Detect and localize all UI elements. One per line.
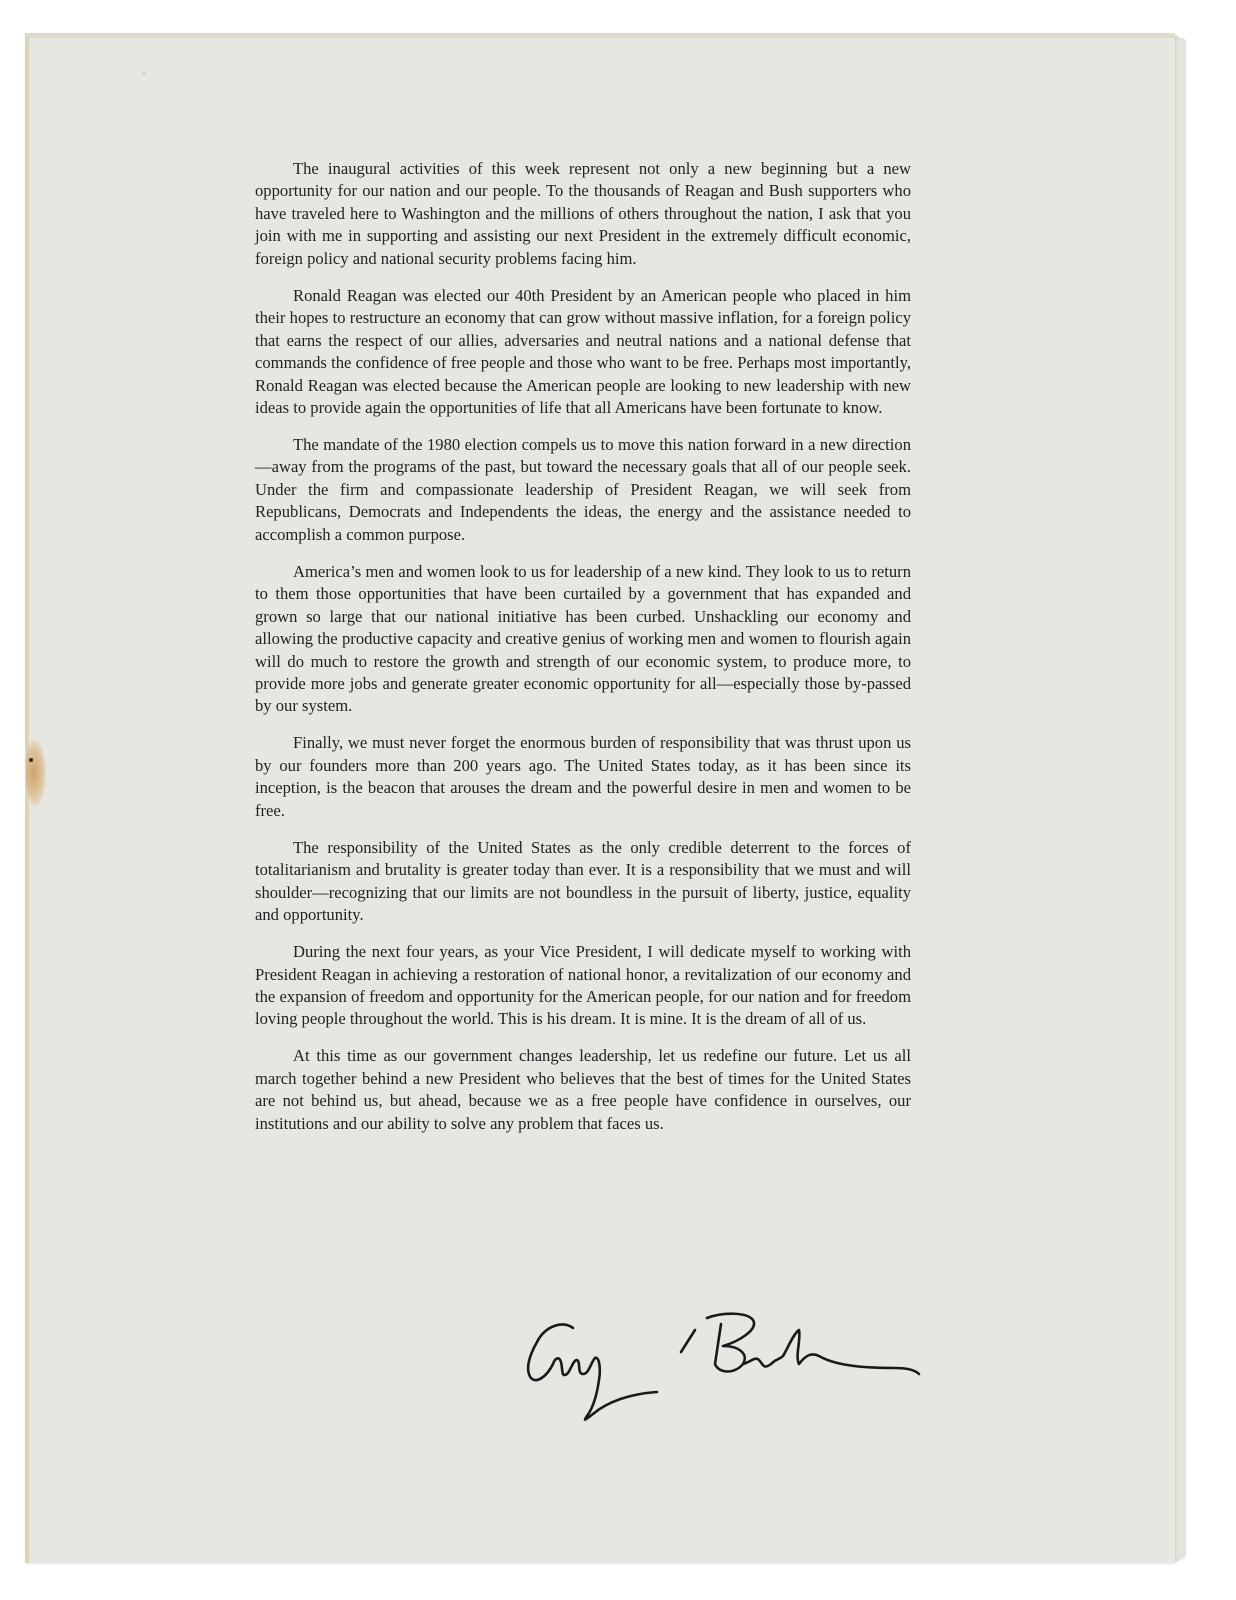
paragraph-4: America’s men and women look to us for l…	[255, 561, 911, 718]
paragraph-3: The mandate of the 1980 election compels…	[255, 434, 911, 546]
paragraph-5: Finally, we must never forget the enormo…	[255, 732, 911, 822]
paper-speck	[143, 73, 145, 74]
paragraph-8: At this time as our government changes l…	[255, 1045, 911, 1135]
paragraph-7: During the next four years, as your Vice…	[255, 941, 911, 1031]
letter-body: The inaugural activities of this week re…	[255, 158, 911, 1150]
paragraph-1: The inaugural activities of this week re…	[255, 158, 911, 270]
paragraph-2: Ronald Reagan was elected our 40th Presi…	[255, 285, 911, 420]
paragraph-6: The responsibility of the United States …	[255, 837, 911, 927]
handwritten-signature	[515, 1290, 935, 1440]
page-edge-stain-mark	[29, 758, 33, 762]
